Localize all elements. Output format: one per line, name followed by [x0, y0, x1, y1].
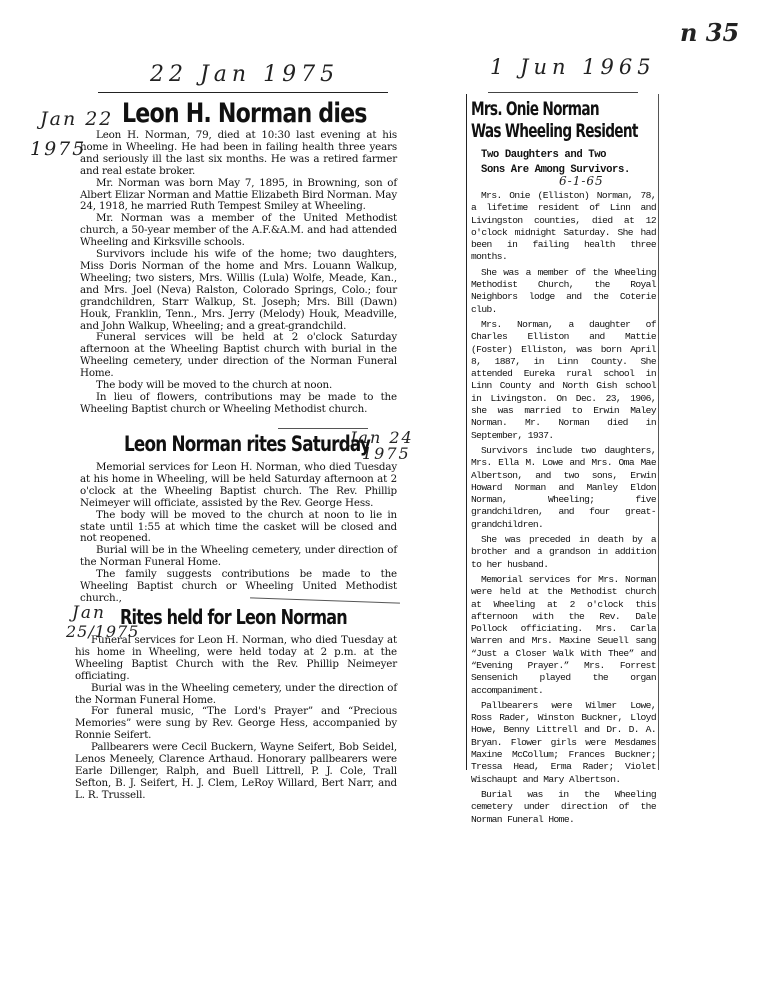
- rites-held-paragraph: Pallbearers were Cecil Buckern, Wayne Se…: [75, 742, 397, 802]
- obituary-paragraph: In lieu of flowers, contributions may be…: [80, 392, 397, 416]
- obituary-paragraph: Leon H. Norman, 79, died at 10:30 last e…: [80, 130, 397, 178]
- rites-held-headline: Rites held for Leon Norman: [120, 605, 342, 635]
- rites-held-paragraph: Funeral services for Leon H. Norman, who…: [75, 635, 397, 683]
- onie-paragraph: Pallbearers were Wilmer Lowe, Ross Rader…: [471, 700, 656, 786]
- onie-paragraph: Mrs. Onie (Elliston) Norman, 78, a lifet…: [471, 190, 656, 264]
- obituary-paragraph: Survivors include his wife of the home; …: [80, 249, 397, 332]
- rites-saturday-paragraph: The family suggests contributions be mad…: [80, 569, 397, 605]
- onie-norman-article: Mrs. Onie Norman Was Wheeling Resident T…: [466, 94, 659, 770]
- rites-held-paragraph: Burial was in the Wheeling cemetery, und…: [75, 683, 397, 707]
- rites-held-article: Rites held for Leon Norman Funeral servi…: [75, 605, 397, 802]
- onie-subheadline-line1: Two Daughters and Two: [481, 148, 656, 163]
- page-marker: n 35: [680, 18, 739, 47]
- onie-headline: Mrs. Onie Norman Was Wheeling Resident: [471, 98, 656, 142]
- onie-paragraph: Memorial services for Mrs. Norman were h…: [471, 574, 656, 697]
- onie-headline-line2: Was Wheeling Resident: [471, 120, 604, 142]
- right-date-note: 1 Jun 1965: [490, 55, 656, 79]
- obituary-paragraph: Funeral services will be held at 2 o'clo…: [80, 332, 397, 380]
- onie-headline-line1: Mrs. Onie Norman: [471, 98, 604, 120]
- rites-saturday-paragraph: Memorial services for Leon H. Norman, wh…: [80, 462, 397, 510]
- onie-inline-date-note: 6-1-65: [559, 174, 744, 184]
- obituary-paragraph: Mr. Norman was a member of the United Me…: [80, 213, 397, 249]
- right-top-rule: [488, 92, 638, 93]
- onie-paragraph: Burial was in the Wheeling cemetery unde…: [471, 789, 656, 826]
- rites-saturday-article: Leon Norman rites Saturday Memorial serv…: [80, 432, 397, 605]
- onie-paragraph: Survivors include two daughters, Mrs. El…: [471, 445, 656, 531]
- obit-margin-note-year: 1975: [30, 138, 86, 160]
- rites-held-paragraph: For funeral music, “The Lord's Prayer” a…: [75, 706, 397, 742]
- obituary-headline: Leon H. Norman dies: [122, 98, 348, 130]
- rites-saturday-paragraph: Burial will be in the Wheeling cemetery,…: [80, 545, 397, 569]
- onie-paragraph: Mrs. Norman, a daughter of Charles Ellis…: [471, 319, 656, 442]
- left-top-rule: [98, 92, 388, 93]
- rites-saturday-paragraph: The body will be moved to the church at …: [80, 510, 397, 546]
- rites-saturday-headline: Leon Norman rites Saturday: [124, 432, 342, 462]
- obituary-paragraph: Mr. Norman was born May 7, 1895, in Brow…: [80, 178, 397, 214]
- obituary-article: Leon H. Norman dies Leon H. Norman, 79, …: [80, 98, 397, 416]
- onie-paragraph: She was preceded in death by a brother a…: [471, 534, 656, 571]
- onie-paragraph: She was a member of the Wheeling Methodi…: [471, 267, 656, 316]
- left-date-note: 22 Jan 1975: [150, 62, 339, 87]
